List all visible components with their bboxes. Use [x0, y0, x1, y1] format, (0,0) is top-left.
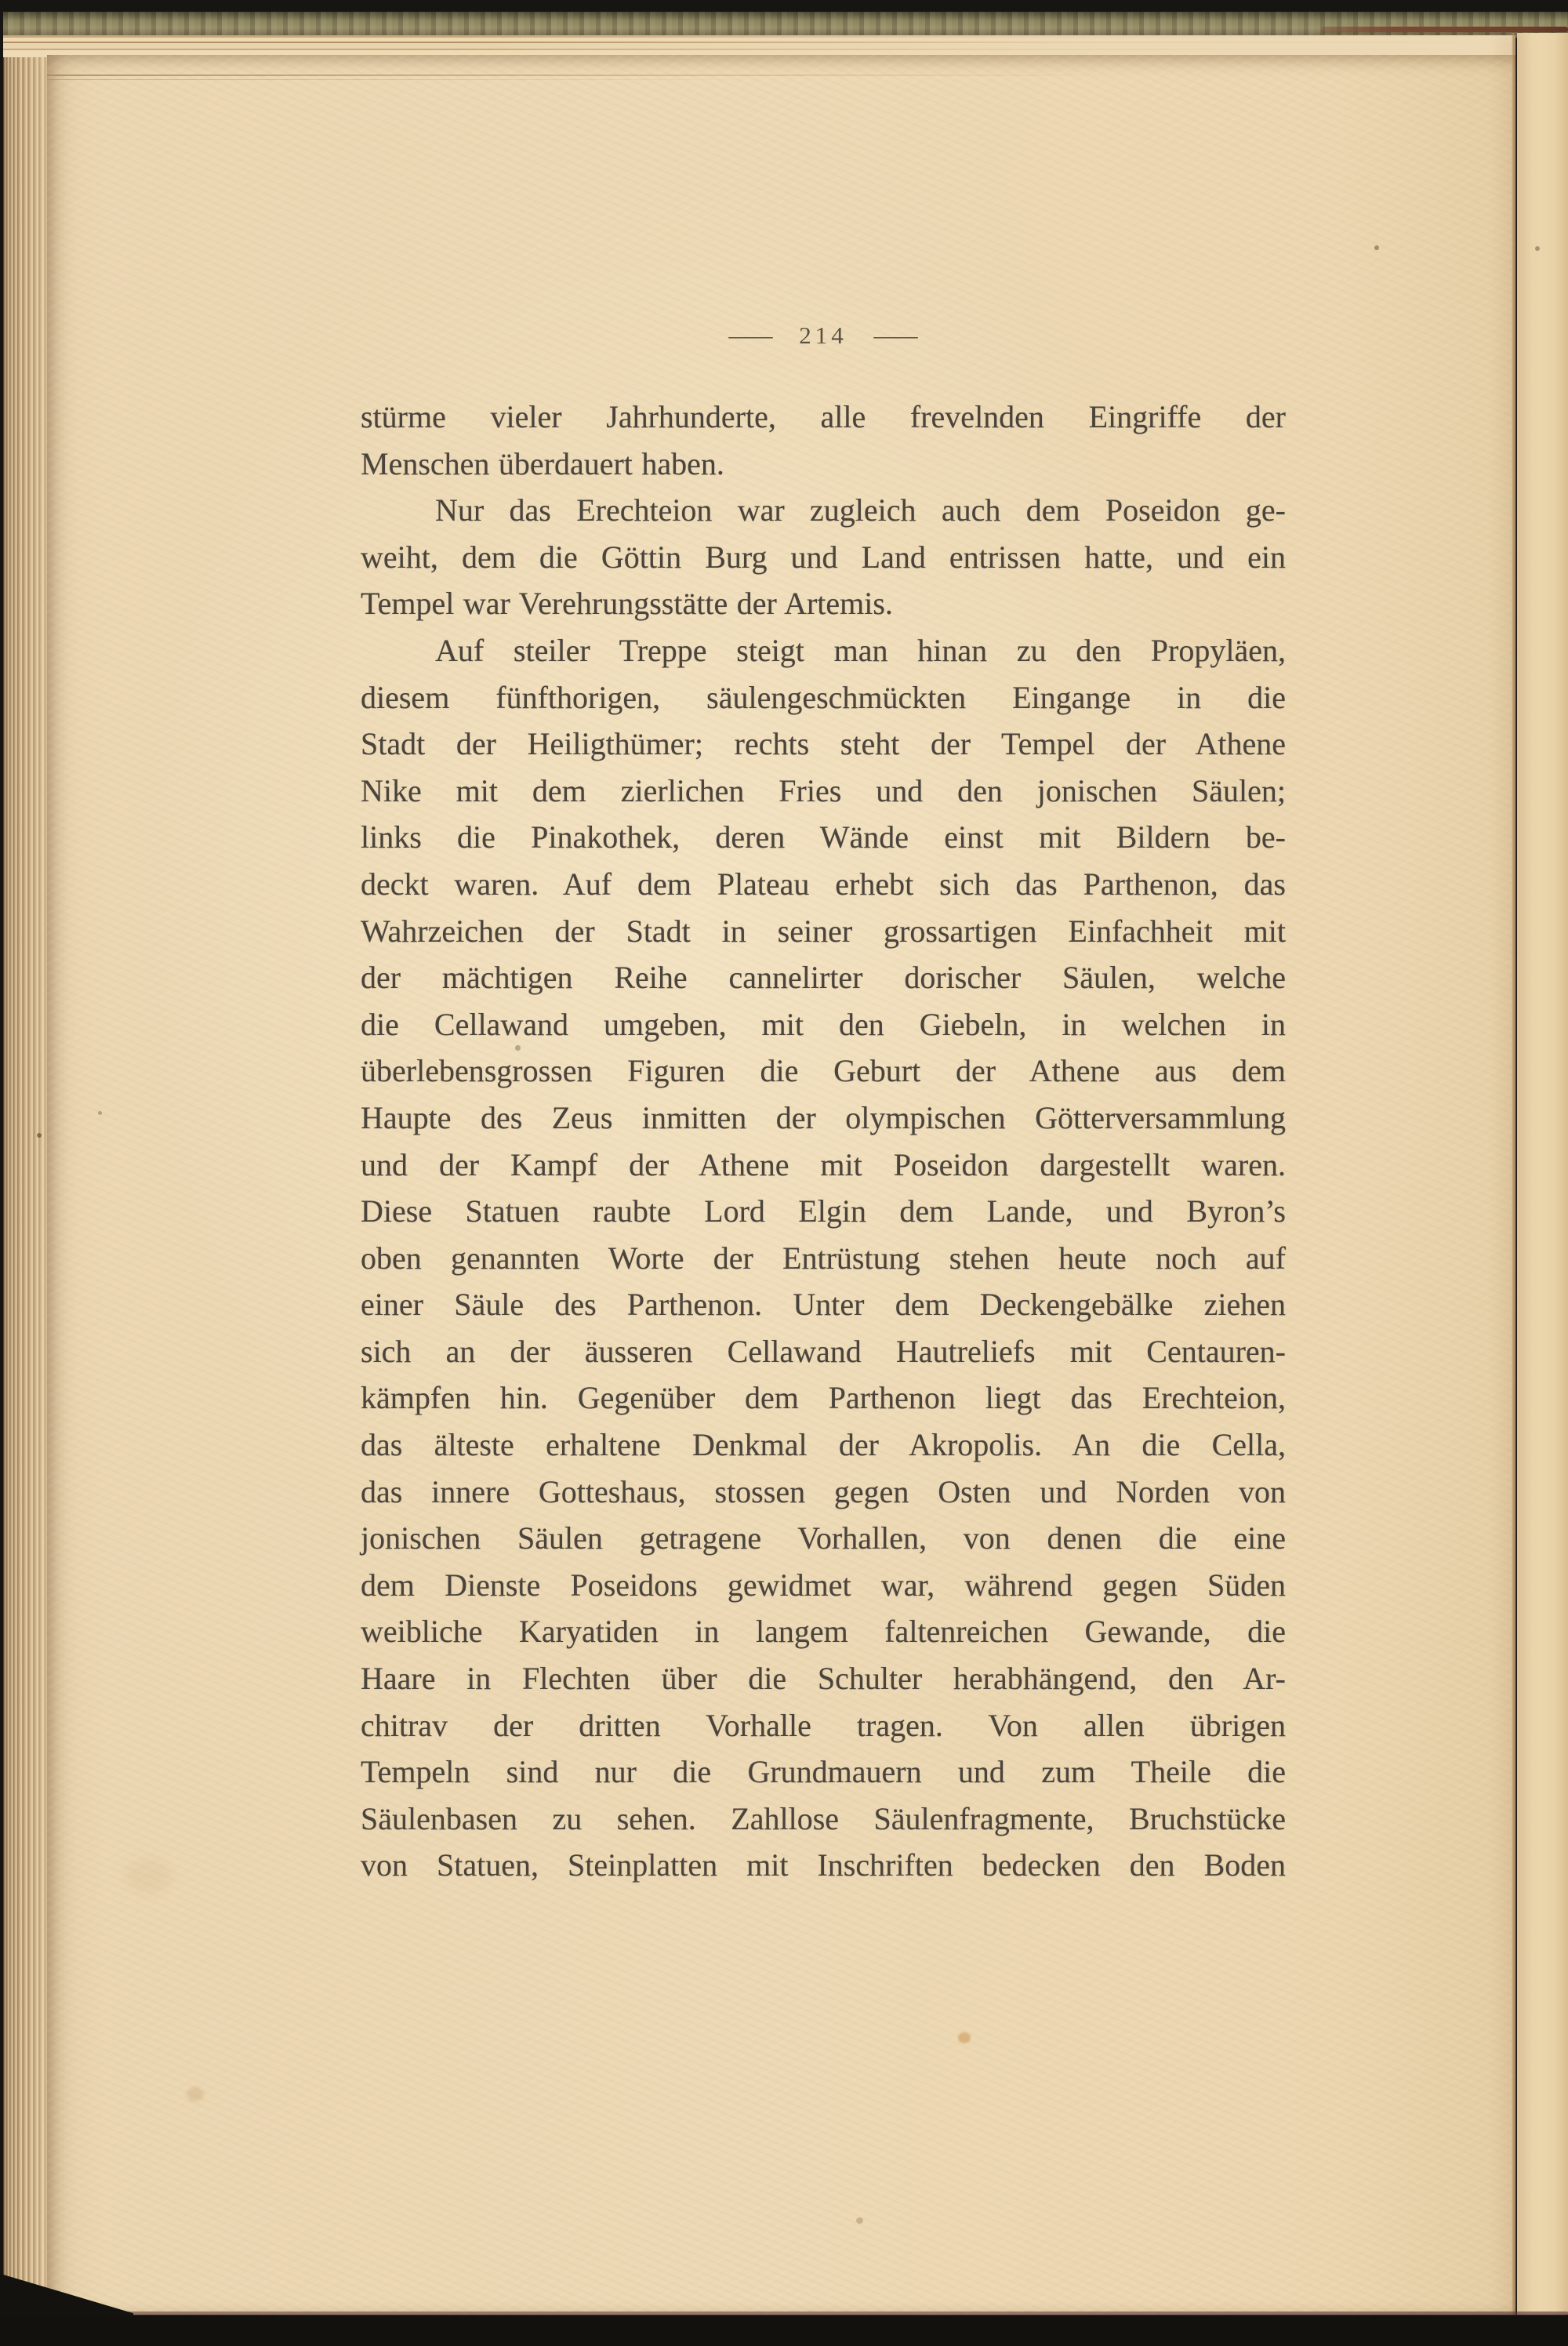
text-line: Auf steiler Treppe steigt man hinan zu d… — [361, 627, 1286, 674]
text-line: Tempeln sind nur die Grundmauern und zum… — [361, 1749, 1286, 1796]
text-line: oben genannten Worte der Entrüstung steh… — [361, 1235, 1286, 1282]
text-line: und der Kampf der Athene mit Poseidon da… — [361, 1142, 1286, 1189]
cover-edge-line — [1322, 27, 1568, 32]
book-scan: — 214 — stürme vieler Jahrhunderte, alle… — [0, 0, 1568, 2346]
text-line: jonischen Säulen getragene Vorhallen, vo… — [361, 1515, 1286, 1562]
text-line: deckt waren. Auf dem Plateau erhebt sich… — [361, 861, 1286, 908]
text-line: einer Säule des Parthenon. Unter dem Dec… — [361, 1281, 1286, 1328]
text-line: überlebensgrossen Figuren die Geburt der… — [361, 1048, 1286, 1095]
text-line: Säulenbasen zu sehen. Zahllose Säulenfra… — [361, 1796, 1286, 1843]
text-line: sich an der äusseren Cellawand Hautrelie… — [361, 1328, 1286, 1375]
page-number-value: 214 — [799, 321, 848, 350]
text-line: Haupte des Zeus inmitten der olympischen… — [361, 1095, 1286, 1142]
text-line: der mächtigen Reihe cannelirter dorische… — [361, 954, 1286, 1001]
text-line: die Cellawand umgeben, mit den Giebeln, … — [361, 1001, 1286, 1048]
text-line: weiht, dem die Göttin Burg und Land entr… — [361, 534, 1286, 581]
text-line: von Statuen, Steinplatten mit Inschrifte… — [361, 1842, 1286, 1889]
underlying-page-edge-rule — [47, 74, 1223, 76]
page-number-dash-left: — — [729, 321, 773, 350]
text-line: chitrav der dritten Vorhalle tragen. Von… — [361, 1702, 1286, 1749]
text-line: Wahrzeichen der Stadt in seiner grossart… — [361, 908, 1286, 955]
text-line: Menschen überdauert haben. — [361, 441, 1286, 488]
text-line: weibliche Karyatiden in langem faltenrei… — [361, 1608, 1286, 1655]
text-line: links die Pinakothek, deren Wände einst … — [361, 814, 1286, 861]
page-number-dash-right: — — [873, 321, 917, 350]
text-line: das älteste erhaltene Denkmal der Akropo… — [361, 1422, 1286, 1469]
text-line: Haare in Flechten über die Schulter hera… — [361, 1655, 1286, 1702]
page-crease — [1511, 33, 1517, 2318]
text-line: diesem fünfthorigen, säulengeschmückten … — [361, 674, 1286, 721]
page-edges-top-fade — [3, 35, 1515, 57]
text-line: Nur das Erechteion war zugleich auch dem… — [361, 487, 1286, 534]
body-text: stürme vieler Jahrhunderte, alle freveln… — [361, 394, 1286, 1889]
text-line: kämpfen hin. Gegenüber dem Parthenon lie… — [361, 1375, 1286, 1422]
page-number: — 214 — — [361, 321, 1286, 350]
text-line: das innere Gotteshaus, stossen gegen Ost… — [361, 1469, 1286, 1516]
page-edges-left — [3, 35, 49, 2318]
text-line: dem Dienste Poseidons gewidmet war, währ… — [361, 1562, 1286, 1609]
underlying-page-edge-rule — [47, 79, 909, 80]
text-line: Stadt der Heiligthümer; rechts steht der… — [361, 721, 1286, 768]
page-right-fold — [1517, 33, 1568, 2318]
text-line: Diese Statuen raubte Lord Elgin dem Land… — [361, 1188, 1286, 1235]
scan-background-bottom — [0, 2315, 1568, 2346]
text-line: Nike mit dem zierlichen Fries und den jo… — [361, 768, 1286, 815]
text-line: Tempel war Verehrungsstätte der Artemis. — [361, 580, 1286, 627]
book-top-edge — [3, 12, 1568, 38]
text-line: stürme vieler Jahrhunderte, alle freveln… — [361, 394, 1286, 441]
